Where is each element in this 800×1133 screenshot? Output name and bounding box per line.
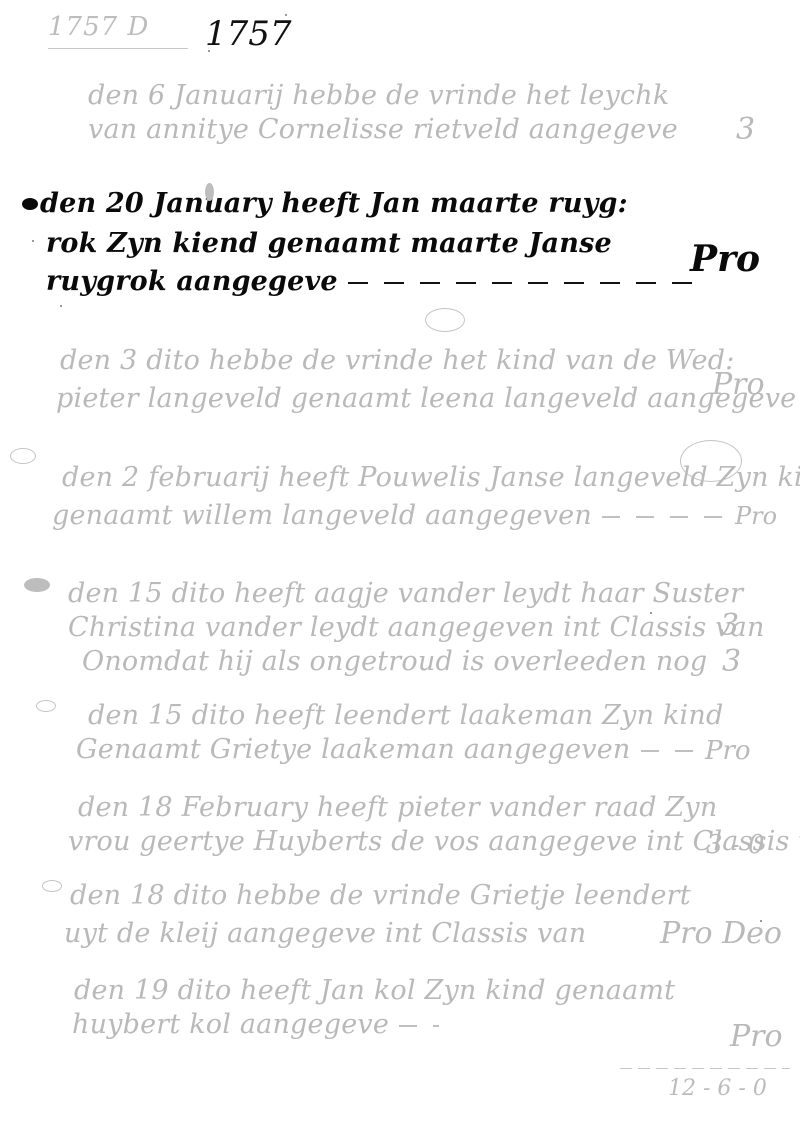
ink-speck bbox=[760, 920, 762, 922]
fill-dash bbox=[602, 516, 732, 518]
entry-line: vrou geertye Huyberts de vos aangegeve i… bbox=[68, 826, 800, 857]
entry-line: den 19 dito heeft Jan kol Zyn kind genaa… bbox=[74, 975, 675, 1006]
tally: 12 - 6 - 0 bbox=[668, 1076, 767, 1101]
margin-note: 3 bbox=[722, 644, 741, 679]
entry-line-text: Genaamt Grietye laakeman aangegeven bbox=[76, 734, 631, 765]
entry-line: genaamt willem langeveld aangegeven bbox=[52, 500, 732, 531]
margin-note: Pro bbox=[705, 736, 751, 766]
tally-rule bbox=[620, 1068, 790, 1069]
margin-note: 3 - 0 bbox=[706, 830, 764, 860]
entry-line-text: huybert kol aangegeve bbox=[72, 1009, 389, 1040]
entry-line: huybert kol aangegeve bbox=[72, 1009, 439, 1040]
entry-line: Onomdat hij als ongetroud is overleeden … bbox=[82, 646, 707, 677]
margin-note: 3 bbox=[736, 112, 755, 147]
margin-note: Pro bbox=[730, 1019, 783, 1054]
margin-note: 3 bbox=[720, 608, 739, 643]
entry-line: Christina vander leydt aangegeven int Cl… bbox=[68, 612, 765, 643]
entry-line: den 6 Januarij hebbe de vrinde het leych… bbox=[88, 80, 669, 111]
ink-speck bbox=[285, 14, 287, 16]
fill-dash bbox=[399, 1025, 439, 1027]
entry-line: den 2 februarij heeft Pouwelis Janse lan… bbox=[62, 462, 800, 493]
flourish bbox=[42, 880, 62, 892]
margin-note: Pro bbox=[690, 238, 760, 280]
header-rule bbox=[48, 48, 188, 49]
entry-line-text: ruygrok aangegeve bbox=[46, 266, 338, 297]
tally-text: 12 - 6 - 0 bbox=[668, 1076, 767, 1101]
entry-line: uyt de kleij aangegeve int Classis van bbox=[64, 918, 586, 949]
entry-line: den 15 dito heeft leendert laakeman Zyn … bbox=[88, 700, 723, 731]
page-year: 1757 bbox=[205, 14, 292, 54]
faded-mark-text: D bbox=[127, 12, 149, 42]
margin-note: Pro bbox=[735, 502, 777, 530]
margin-note: Pro Deo bbox=[660, 916, 782, 951]
margin-note: Pro bbox=[712, 367, 765, 402]
entry-line: pieter langeveld genaamt leena langeveld… bbox=[56, 383, 796, 414]
flourish bbox=[36, 700, 56, 712]
flourish bbox=[425, 308, 465, 332]
entry-line: den 20 January heeft Jan maarte ruyg: bbox=[40, 188, 628, 219]
entry-line: rok Zyn kiend genaamt maarte Janse bbox=[46, 228, 612, 259]
ink-speck bbox=[60, 305, 62, 307]
ink-blot bbox=[24, 578, 50, 592]
faded-page-year: 1757 D bbox=[48, 12, 149, 42]
entry-line: den 18 dito hebbe de vrinde Grietje leen… bbox=[70, 880, 691, 911]
faded-year-text: 1757 bbox=[48, 12, 118, 42]
entry-line: den 18 February heeft pieter vander raad… bbox=[78, 792, 717, 823]
register-page: 1757 D 1757 den 6 Januarij hebbe de vrin… bbox=[0, 0, 800, 1133]
entry-line: den 15 dito heeft aagje vander leydt haa… bbox=[68, 578, 743, 609]
entry-line: den 3 dito hebbe de vrinde het kind van … bbox=[60, 345, 735, 376]
ink-flourish bbox=[22, 198, 38, 210]
fill-dash bbox=[348, 282, 708, 284]
ink-blot bbox=[205, 183, 214, 201]
ink-speck bbox=[208, 50, 210, 52]
ink-speck bbox=[650, 612, 652, 614]
entry-line: ruygrok aangegeve bbox=[46, 266, 708, 297]
fill-dash bbox=[641, 750, 711, 752]
ink-speck bbox=[32, 240, 34, 242]
entry-line: Genaamt Grietye laakeman aangegeven bbox=[76, 734, 711, 765]
entry-line-text: genaamt willem langeveld aangegeven bbox=[52, 500, 592, 531]
entry-line: van annitye Cornelisse rietveld aangegev… bbox=[88, 114, 678, 145]
flourish bbox=[10, 448, 36, 464]
